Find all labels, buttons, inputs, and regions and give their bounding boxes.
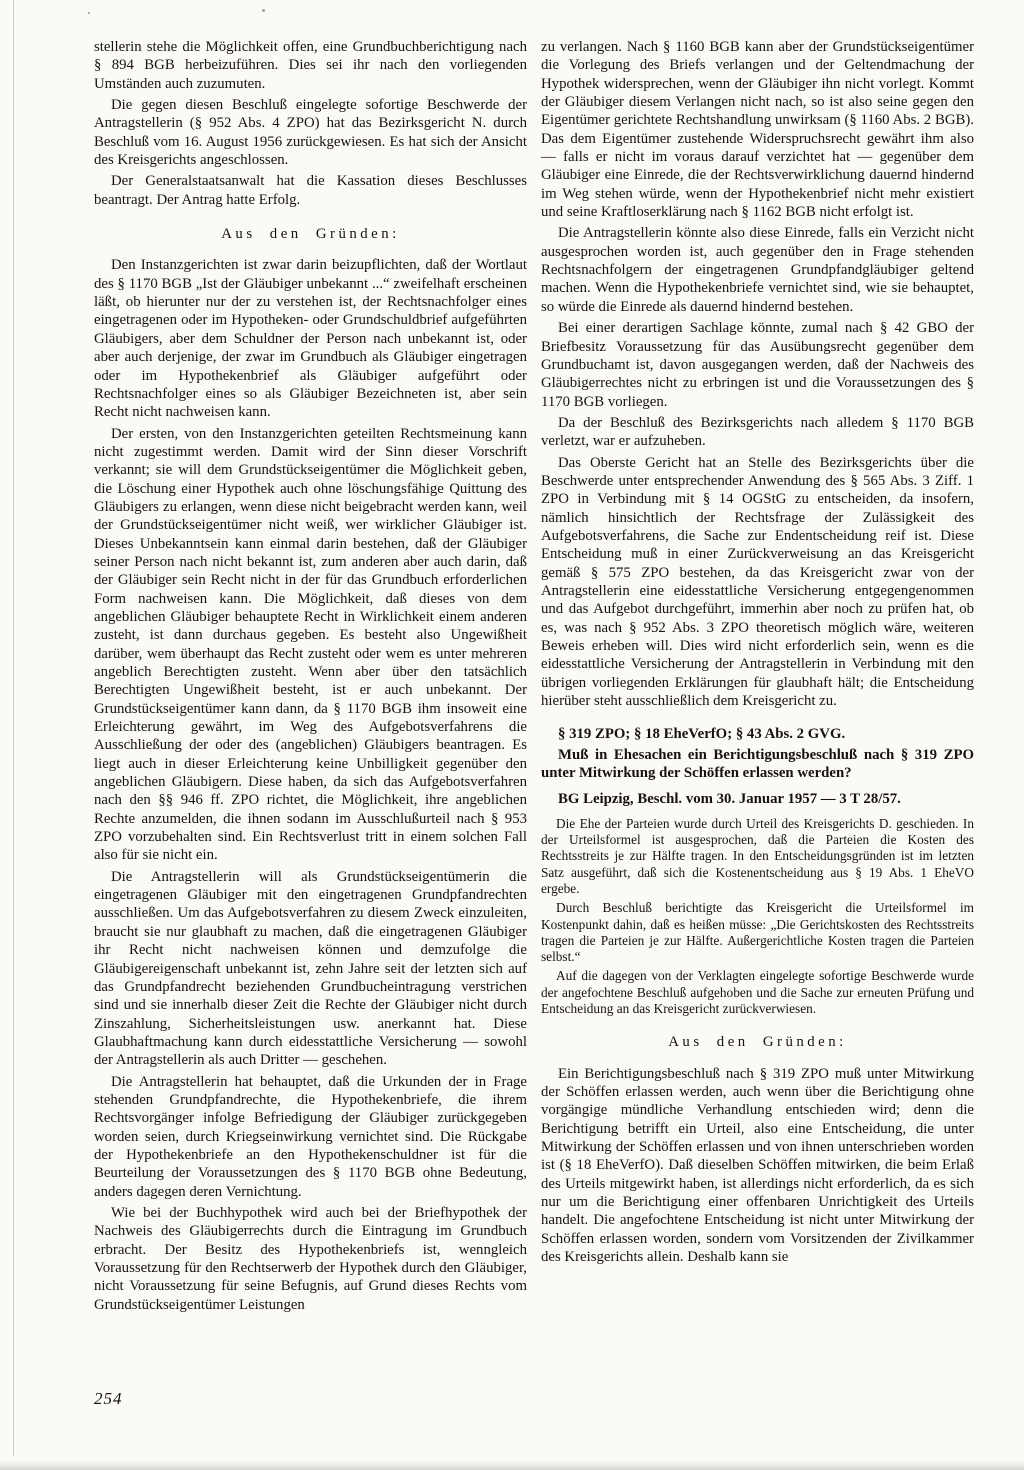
right-paragraph-2: Die Antragstellerin könnte also diese Ei…	[541, 224, 974, 316]
left-paragraph-6: Die Antragstellerin will als Grundstücks…	[94, 868, 527, 1070]
left-text-column: stellerin stehe die Möglichkeit offen, e…	[94, 38, 527, 1317]
facts-paragraph-2: Durch Beschluß berichtigte das Kreisgeri…	[541, 900, 974, 965]
journal-page: stellerin stehe die Möglichkeit offen, e…	[0, 0, 1024, 1470]
left-paragraph-8: Wie bei der Buchhypothek wird auch bei d…	[94, 1204, 527, 1314]
right-paragraph-1: zu verlangen. Nach § 1160 BGB kann aber …	[541, 38, 974, 221]
page-number: 254	[94, 1389, 123, 1409]
left-gruende-heading: Aus den Gründen:	[94, 225, 527, 243]
right-paragraph-3: Bei einer derartigen Sachlage könnte, zu…	[541, 319, 974, 411]
statutes-headnote: § 319 ZPO; § 18 EheVerfO; § 43 Abs. 2 GV…	[541, 725, 974, 743]
left-paragraph-1: stellerin stehe die Möglichkeit offen, e…	[94, 38, 527, 93]
left-paragraph-4: Den Instanzgerichten ist zwar darin beiz…	[94, 256, 527, 421]
right-text-column: zu verlangen. Nach § 1160 BGB kann aber …	[541, 38, 974, 1269]
scan-bottom-edge	[0, 1461, 1024, 1470]
scan-speck	[262, 9, 265, 12]
right-paragraph-5: Das Oberste Gericht hat an Stelle des Be…	[541, 454, 974, 711]
facts-paragraph-1: Die Ehe der Parteien wurde durch Urteil …	[541, 816, 974, 897]
case-reference: BG Leipzig, Beschl. vom 30. Januar 1957 …	[541, 790, 974, 808]
left-paragraph-7: Die Antragstellerin hat behauptet, daß d…	[94, 1073, 527, 1201]
right-paragraph-4: Da der Beschluß des Bezirksgerichts nach…	[541, 414, 974, 451]
headnote-question: Muß in Ehesachen ein Berichtigungsbeschl…	[541, 746, 974, 783]
left-paragraph-3: Der Generalstaatsanwalt hat die Kassatio…	[94, 172, 527, 209]
scan-fold-line	[13, 0, 14, 1456]
left-paragraph-2: Die gegen diesen Beschluß eingelegte sof…	[94, 96, 527, 169]
left-paragraph-5: Der ersten, von den Instanzgerichten get…	[94, 425, 527, 865]
right-gruende-heading: Aus den Gründen:	[541, 1033, 974, 1051]
facts-paragraph-3: Auf die dagegen von der Verklagten einge…	[541, 968, 974, 1017]
right-paragraph-6: Ein Berichtigungsbeschluß nach § 319 ZPO…	[541, 1065, 974, 1267]
scan-speck	[88, 12, 90, 14]
